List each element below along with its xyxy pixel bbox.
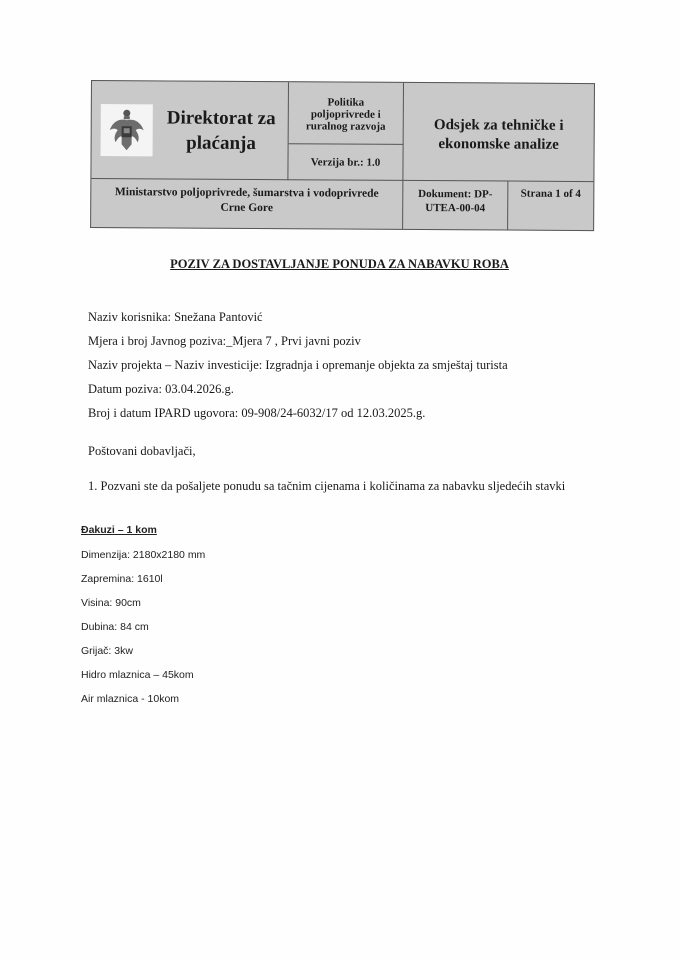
policy-line2: poljoprivrede i bbox=[306, 108, 386, 120]
spec-line: Visina: 90cm bbox=[81, 597, 141, 609]
document-id-line2: UTEA-00-04 bbox=[418, 201, 492, 215]
item-heading: Đakuzi – 1 kom bbox=[81, 524, 157, 536]
beneficiary-line: Naziv korisnika: Snežana Pantović bbox=[88, 310, 263, 325]
invitation-paragraph: 1. Pozvani ste da pošaljete ponudu sa ta… bbox=[88, 479, 565, 494]
directorate-cell: Direktorat za plaćanja bbox=[91, 81, 289, 180]
page-number-label: Strana 1 of 4 bbox=[521, 188, 581, 200]
version-label: Verzija br.: 1.0 bbox=[311, 156, 381, 168]
directorate-name-line1: Direktorat za bbox=[167, 105, 276, 131]
document-id-cell: Dokument: DP- UTEA-00-04 bbox=[403, 181, 508, 230]
version-cell: Verzija br.: 1.0 bbox=[288, 144, 403, 181]
department-line1: Odsjek za tehničke i bbox=[434, 116, 564, 136]
document-title: POZIV ZA DOSTAVLJANJE PONUDA ZA NABAVKU … bbox=[0, 257, 679, 272]
department-cell: Odsjek za tehničke i ekonomske analize bbox=[403, 83, 594, 182]
document-page: Direktorat za plaćanja Politika poljopri… bbox=[0, 0, 679, 960]
directorate-name-line2: plaćanja bbox=[167, 130, 276, 156]
policy-line3: ruralnog razvoja bbox=[306, 120, 386, 132]
greeting: Poštovani dobavljači, bbox=[88, 444, 196, 459]
header-table: Direktorat za plaćanja Politika poljopri… bbox=[90, 80, 595, 231]
contract-line: Broj i datum IPARD ugovora: 09-908/24-60… bbox=[88, 406, 425, 421]
ministry-line1: Ministarstvo poljoprivrede, šumarstva i … bbox=[115, 185, 379, 202]
spec-line: Air mlaznica - 10kom bbox=[81, 693, 179, 705]
document-id-line1: Dokument: DP- bbox=[418, 187, 492, 201]
spec-line: Hidro mlaznica – 45kom bbox=[81, 669, 194, 681]
spec-line: Dubina: 84 cm bbox=[81, 621, 149, 633]
spec-line: Grijač: 3kw bbox=[81, 645, 133, 657]
ministry-cell: Ministarstvo poljoprivrede, šumarstva i … bbox=[91, 179, 403, 229]
montenegro-coat-of-arms-icon bbox=[101, 104, 153, 156]
policy-cell: Politika poljoprivrede i ruralnog razvoj… bbox=[289, 82, 404, 145]
ministry-line2: Crne Gore bbox=[115, 200, 379, 217]
department-line2: ekonomske analize bbox=[434, 135, 564, 155]
spec-line: Dimenzija: 2180x2180 mm bbox=[81, 549, 205, 561]
policy-line1: Politika bbox=[306, 96, 386, 108]
project-line: Naziv projekta – Naziv investicije: Izgr… bbox=[88, 358, 508, 373]
spec-line: Zapremina: 1610l bbox=[81, 573, 163, 585]
page-number-cell: Strana 1 of 4 bbox=[508, 182, 593, 231]
call-date-line: Datum poziva: 03.04.2026.g. bbox=[88, 382, 234, 397]
measure-line: Mjera i broj Javnog poziva:_Mjera 7 , Pr… bbox=[88, 334, 361, 349]
